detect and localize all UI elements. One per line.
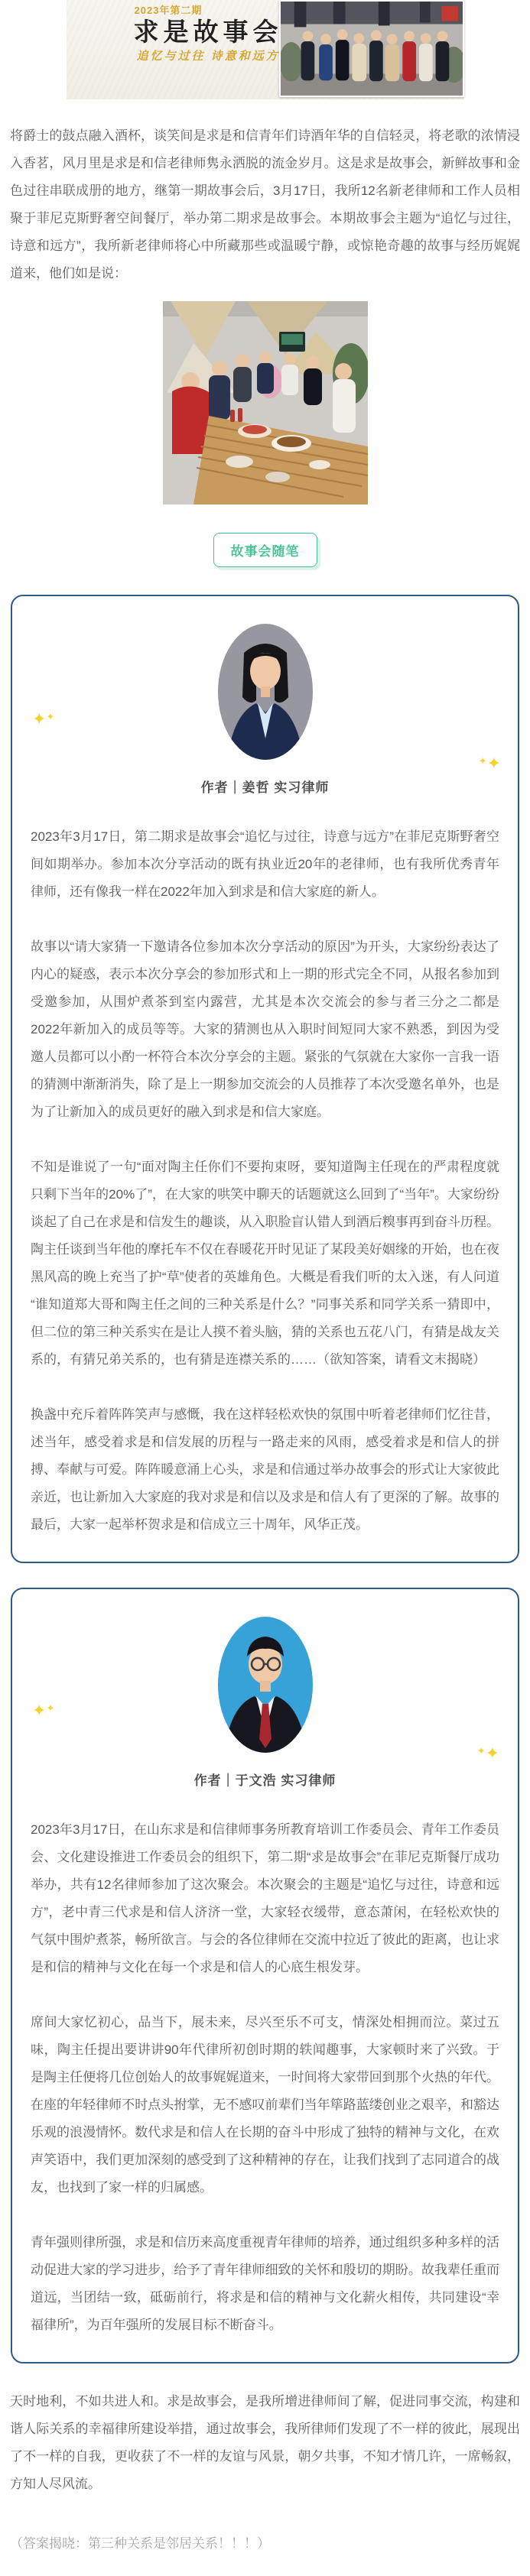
header-subtitle: 追忆与过往 诗意和远方: [137, 47, 280, 63]
button-wrapper: 故事会随笔: [0, 533, 530, 567]
group-photo-illustration: [281, 2, 463, 96]
card-paragraph: 不知是谁说了一句“面对陶主任你们不要拘束呀，要知道陶主任现在的严肃程度就只剩下当…: [31, 1153, 499, 1374]
card-paragraph: 青年强则律所强，求是和信历来高度重视青年律师的培养，通过组织多种多样的活动促进大…: [31, 2229, 499, 2339]
header-banner[interactable]: 2023年第二期 求是故事会 追忆与过往 诗意和远方: [67, 0, 464, 99]
card-paragraph: 席间大家忆初心，品当下，展未来，尽兴至乐不可支，情深处相拥而泣。菜过五味，陶主任…: [31, 2009, 499, 2201]
avatar-illustration-female: [218, 624, 313, 760]
sparkle-icon: ✦✦: [479, 755, 501, 772]
author-line: 作者｜于文浩 实习律师: [31, 1770, 499, 1789]
header-group-photo[interactable]: [279, 0, 464, 97]
sparkle-icon: ✦✦: [32, 711, 54, 728]
card-paragraph: 2023年3月17日，第二期求是故事会“追忆与过往，诗意与远方”在菲尼克斯野奢空…: [31, 823, 499, 906]
gathering-photo-illustration: [163, 301, 368, 504]
sparkle-icon: ✦✦: [32, 1702, 54, 1719]
author-avatar-yuwenhao[interactable]: [218, 1617, 313, 1753]
sparkle-icon: ✦✦: [477, 1745, 499, 1762]
photo-wrapper: [0, 301, 530, 508]
essay-card-yuwenhao: ✦✦ ✦✦ 作者｜于文浩 实习律师 2023年3月17日，在山东求是和信律师事务…: [11, 1588, 519, 2363]
gathering-photo[interactable]: [163, 301, 368, 504]
card-paragraph: 换盏中充斥着阵阵笑声与感慨，我在这样轻松欢快的氛围中听着老律师们忆往昔，述当年，…: [31, 1401, 499, 1539]
card-paragraph: 故事以“请大家猜一下邀请各位参加本次分享活动的原因”为开头，大家纷纷表达了内心的…: [31, 933, 499, 1126]
intro-paragraph: 将爵士的鼓点融入酒杯，谈笑间是求是和信青年们诗酒年华的自信轻灵，将老歌的浓情浸入…: [10, 122, 520, 287]
author-avatar-jiangzhe[interactable]: [218, 624, 313, 760]
essay-notes-button[interactable]: 故事会随笔: [213, 533, 317, 567]
author-line: 作者｜姜哲 实习律师: [31, 777, 499, 796]
avatar-illustration-male: [218, 1617, 313, 1753]
essay-card-jiangzhe: ✦✦ ✦✦ 作者｜姜哲 实习律师 2023年3月17日，第二期求是故事会“追忆与…: [11, 595, 519, 1563]
header-title: 求是故事会: [134, 12, 283, 48]
answer-reveal: （答案揭晓：第三种关系是邻居关系！！！）: [10, 2530, 520, 2558]
article-page: 2023年第二期 求是故事会 追忆与过往 诗意和远方: [0, 0, 530, 2576]
closing-paragraph: 天时地利，不如共进人和。求是故事会，是我所增进律师间了解，促进同事交流，构建和谐…: [10, 2388, 520, 2498]
card-paragraph: 2023年3月17日，在山东求是和信律师事务所教育培训工作委员会、青年工作委员会…: [31, 1816, 499, 1981]
